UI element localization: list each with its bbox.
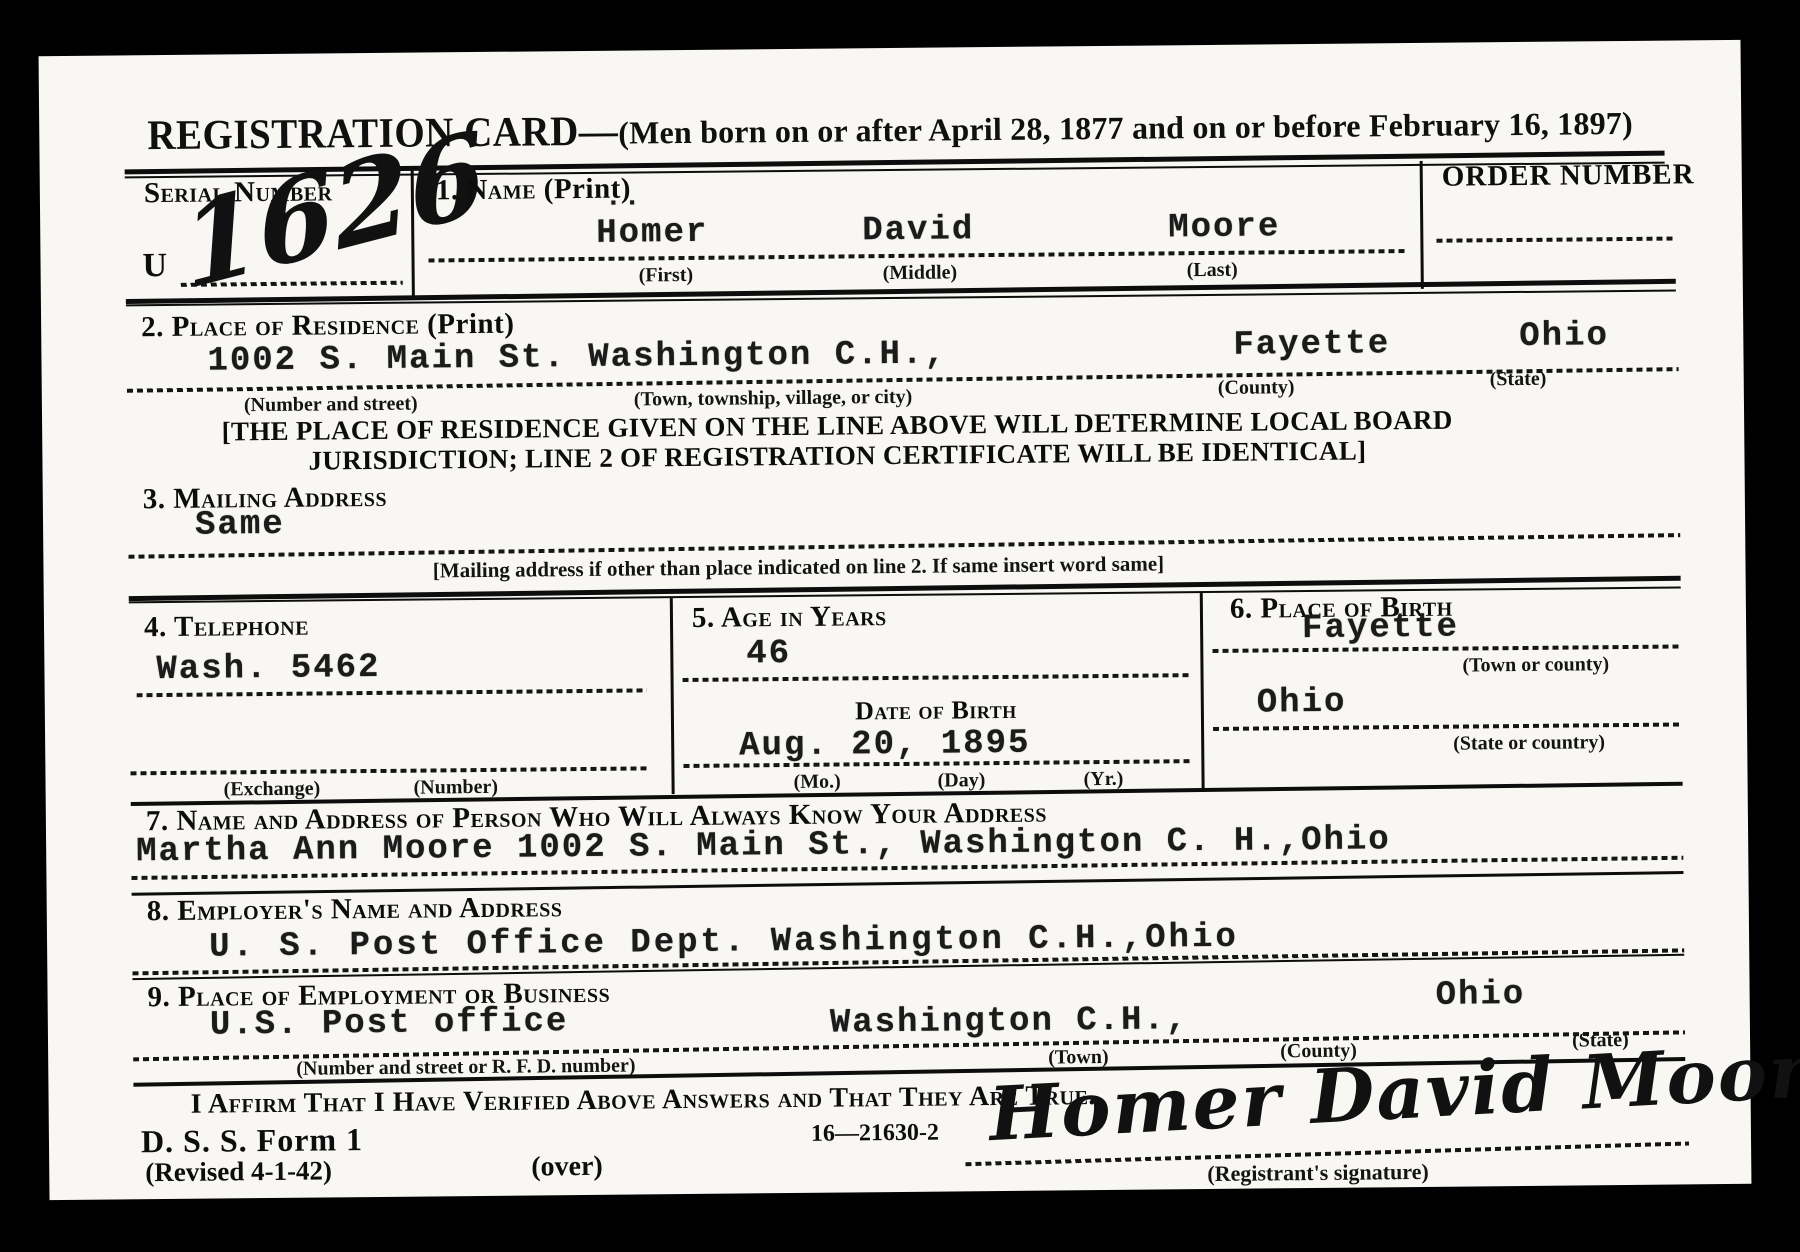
residence-label-print: (Print)	[427, 308, 515, 341]
serial-prefix: U	[142, 247, 168, 285]
name-middle-value: David	[862, 211, 974, 250]
mailing-value: Same	[195, 506, 285, 545]
dob-sub-day: (Day)	[937, 769, 985, 792]
dob-sub-month: (Mo.)	[793, 771, 840, 794]
print-code: 16—21630-2	[811, 1120, 939, 1148]
name-label-number: 1.	[436, 174, 459, 206]
form-number: D. S. S. Form 1	[141, 1121, 363, 1160]
birth-town-value: Fayette	[1302, 609, 1459, 649]
form-revision: (Revised 4-1-42)	[145, 1155, 332, 1188]
registrant-signature: Homer David Moore	[987, 1026, 1800, 1158]
order-number-dotted-line	[1436, 236, 1676, 242]
telephone-age-divider	[670, 598, 675, 794]
name-first-value: Homer	[596, 214, 708, 253]
residence-county-value: Fayette	[1233, 325, 1390, 365]
residence-sub-county: (County)	[1218, 376, 1295, 400]
residence-label-text: Place of Residence	[171, 309, 419, 343]
age-label-number: 5.	[692, 602, 715, 634]
residence-state-value: Ohio	[1519, 317, 1609, 356]
telephone-label-number: 4.	[144, 611, 167, 643]
residence-street-value: 1002 S. Main St. Washington C.H.,	[207, 335, 947, 380]
telephone-sub-exchange: (Exchange)	[223, 778, 320, 802]
signature-sub-label: (Registrant's signature)	[1207, 1159, 1429, 1187]
name-label: 1. Name (Print)	[436, 173, 631, 208]
name-overtype-marks: ..	[605, 182, 643, 213]
name-last-value: Moore	[1168, 208, 1280, 247]
residence-sub-town: (Town, township, village, or city)	[634, 386, 913, 412]
residence-label: 2. Place of Residence (Print)	[141, 308, 515, 345]
birth-sub-state: (State or country)	[1453, 731, 1605, 755]
dob-sub-year: (Yr.)	[1083, 768, 1123, 791]
employer-label: 8. Employer's Name and Address	[147, 891, 563, 928]
name-dotted-line	[429, 249, 1409, 262]
birth-state-value: Ohio	[1257, 684, 1347, 723]
birth-town-dotted-line	[1212, 644, 1680, 652]
employer-label-number: 8.	[147, 895, 170, 927]
telephone-dotted-line1	[137, 688, 647, 697]
employment-street-value: U.S. Post office	[210, 1003, 569, 1044]
over-note: (over)	[531, 1151, 603, 1184]
telephone-label: 4. Telephone	[144, 610, 309, 645]
registration-card: REGISTRATION CARD—(Men born on or after …	[39, 40, 1752, 1200]
birth-state-dotted-line	[1213, 722, 1681, 730]
age-birth-divider	[1200, 593, 1205, 789]
age-value: 46	[746, 635, 791, 673]
telephone-value: Wash. 5462	[156, 649, 380, 689]
residence-label-number: 2.	[141, 311, 164, 343]
telephone-label-text: Telephone	[174, 610, 309, 643]
age-dotted-line	[683, 673, 1191, 682]
affirmation-statement: I Affirm That I Have Verified Above Answ…	[190, 1080, 1096, 1121]
card-title-clause: (Men born on or after April 28, 1877 and…	[618, 105, 1633, 151]
name-sub-middle: (Middle)	[883, 261, 958, 285]
telephone-sub-number: (Number)	[413, 776, 498, 800]
age-label: 5. Age in Years	[692, 600, 887, 635]
employment-town-value: Washington C.H.,	[830, 1001, 1189, 1042]
birth-sub-town: (Town or county)	[1462, 653, 1609, 677]
employment-label-number: 9.	[147, 981, 170, 1013]
scan-background: { "colors": {"background": "#000000", "p…	[0, 0, 1800, 1252]
residence-sub-state: (State)	[1490, 368, 1547, 392]
dob-value: Aug. 20, 1895	[739, 725, 1031, 766]
employment-state-value: Ohio	[1435, 976, 1525, 1015]
name-sub-last: (Last)	[1187, 259, 1238, 282]
birth-label-number: 6.	[1230, 593, 1253, 625]
age-label-text: Age in Years	[721, 600, 887, 634]
order-number-label: ORDER NUMBER	[1442, 158, 1695, 193]
mailing-label-number: 3.	[143, 483, 166, 515]
name-label-text: Name	[466, 173, 536, 206]
telephone-dotted-line2	[130, 766, 647, 775]
employer-label-text: Employer's Name and Address	[177, 891, 562, 927]
residence-sub-street: (Number and street)	[244, 393, 418, 418]
name-sub-first: (First)	[639, 264, 694, 288]
dob-label: Date of Birth	[671, 693, 1201, 728]
order-number-divider	[1420, 161, 1424, 289]
